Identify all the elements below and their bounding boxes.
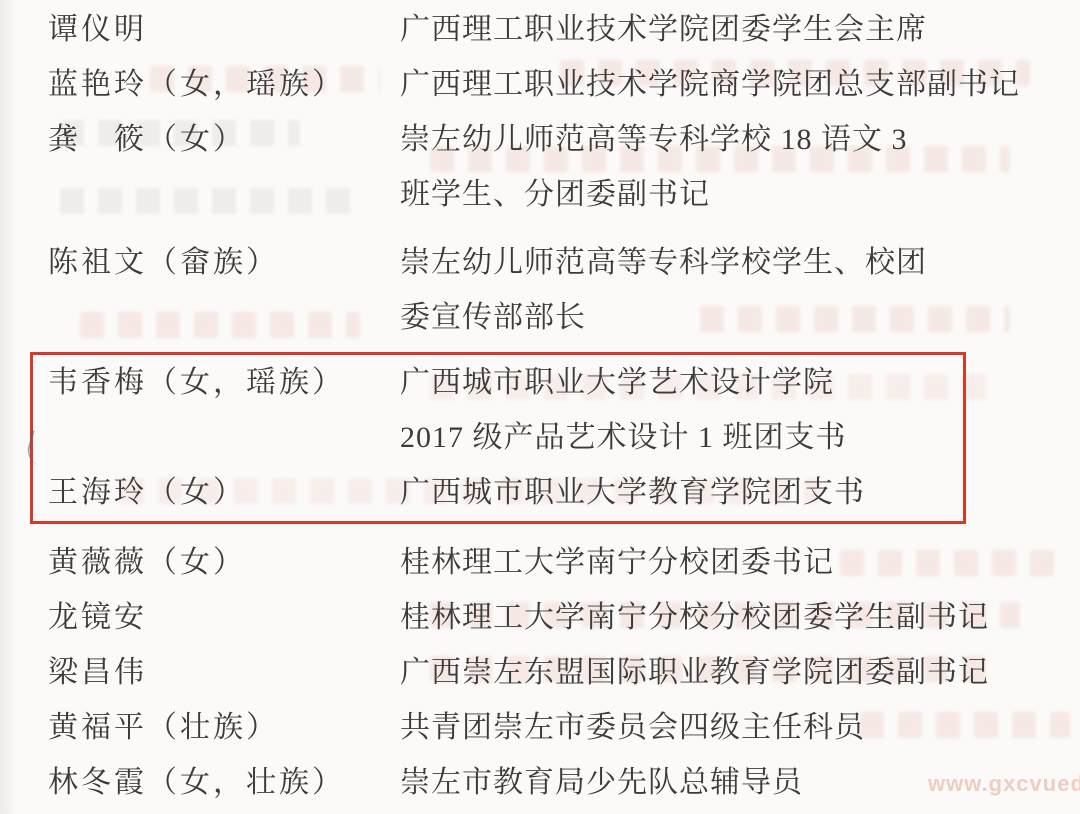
person-position: 共青团崇左市委员会四级主任科员 — [400, 700, 1080, 755]
roster-entry: 黄福平（壮族） 共青团崇左市委员会四级主任科员 — [48, 700, 1080, 755]
position-line: 班学生、分团委副书记 — [400, 167, 1080, 222]
position-line: 共青团崇左市委员会四级主任科员 — [400, 700, 1080, 755]
roster-entry: 梁昌伟 广西崇左东盟国际职业教育学院团委副书记 — [48, 645, 1080, 700]
roster-entry-highlighted: 王海玲（女） 广西城市职业大学教育学院团支书 — [48, 465, 1080, 520]
person-position: 广西城市职业大学教育学院团支书 — [400, 465, 1080, 520]
position-line: 广西理工职业技术学院团委学生会主席 — [400, 2, 1080, 57]
roster-entry: 龙镜安 桂林理工大学南宁分校分校团委学生副书记 — [48, 590, 1080, 645]
position-line: 2017 级产品艺术设计 1 班团支书 — [400, 410, 1080, 465]
person-position: 桂林理工大学南宁分校分校团委学生副书记 — [400, 590, 1080, 645]
person-position: 广西理工职业技术学院商学院团总支部副书记 — [400, 57, 1080, 112]
person-name: 谭仪明 — [48, 2, 400, 57]
roster-entry: 谭仪明 广西理工职业技术学院团委学生会主席 — [48, 2, 1080, 57]
roster-entry: 黄薇薇（女） 桂林理工大学南宁分校团委书记 — [48, 535, 1080, 590]
person-name: 王海玲（女） — [48, 465, 400, 520]
watermark: www.gxcvuedu.com — [928, 771, 1080, 797]
person-position: 广西城市职业大学艺术设计学院 2017 级产品艺术设计 1 班团支书 — [400, 355, 1080, 465]
person-position: 崇左幼儿师范高等专科学校学生、校团 委宣传部部长 — [400, 235, 1080, 345]
person-position: 广西理工职业技术学院团委学生会主席 — [400, 2, 1080, 57]
scanned-document-page: 谭仪明 广西理工职业技术学院团委学生会主席 蓝艳玲（女，瑶族） 广西理工职业技术… — [0, 0, 1080, 814]
person-position: 广西崇左东盟国际职业教育学院团委副书记 — [400, 645, 1080, 700]
person-name: 林冬霞（女，壮族） — [48, 755, 400, 810]
person-name: 韦香梅（女，瑶族） — [48, 355, 400, 465]
roster-entry: 陈祖文（畲族） 崇左幼儿师范高等专科学校学生、校团 委宣传部部长 — [48, 235, 1080, 345]
position-line: 委宣传部部长 — [400, 290, 1080, 345]
person-name: 黄薇薇（女） — [48, 535, 400, 590]
roster-entry: 龚 筱（女） 崇左幼儿师范高等专科学校 18 语文 3 班学生、分团委副书记 — [48, 112, 1080, 222]
position-line: 桂林理工大学南宁分校分校团委学生副书记 — [400, 590, 1080, 645]
person-name: 陈祖文（畲族） — [48, 235, 400, 345]
person-name: 梁昌伟 — [48, 645, 400, 700]
position-line: 广西城市职业大学艺术设计学院 — [400, 355, 1080, 410]
position-line: 崇左幼儿师范高等专科学校 18 语文 3 — [400, 112, 1080, 167]
person-position: 桂林理工大学南宁分校团委书记 — [400, 535, 1080, 590]
position-line: 崇左幼儿师范高等专科学校学生、校团 — [400, 235, 1080, 290]
position-line: 广西崇左东盟国际职业教育学院团委副书记 — [400, 645, 1080, 700]
roster-entry: 蓝艳玲（女，瑶族） 广西理工职业技术学院商学院团总支部副书记 — [48, 57, 1080, 112]
position-line: 桂林理工大学南宁分校团委书记 — [400, 535, 1080, 590]
person-name: 龚 筱（女） — [48, 112, 400, 222]
position-line: 广西理工职业技术学院商学院团总支部副书记 — [400, 57, 1080, 112]
position-line: 广西城市职业大学教育学院团支书 — [400, 465, 1080, 520]
person-name: 龙镜安 — [48, 590, 400, 645]
roster-entry-highlighted: 韦香梅（女，瑶族） 广西城市职业大学艺术设计学院 2017 级产品艺术设计 1 … — [48, 355, 1080, 465]
award-roster-list: 谭仪明 广西理工职业技术学院团委学生会主席 蓝艳玲（女，瑶族） 广西理工职业技术… — [0, 0, 1080, 810]
person-position: 崇左幼儿师范高等专科学校 18 语文 3 班学生、分团委副书记 — [400, 112, 1080, 222]
roster-entry: 林冬霞（女，壮族） 崇左市教育局少先队总辅导员 — [48, 755, 1080, 810]
person-name: 黄福平（壮族） — [48, 700, 400, 755]
person-name: 蓝艳玲（女，瑶族） — [48, 57, 400, 112]
